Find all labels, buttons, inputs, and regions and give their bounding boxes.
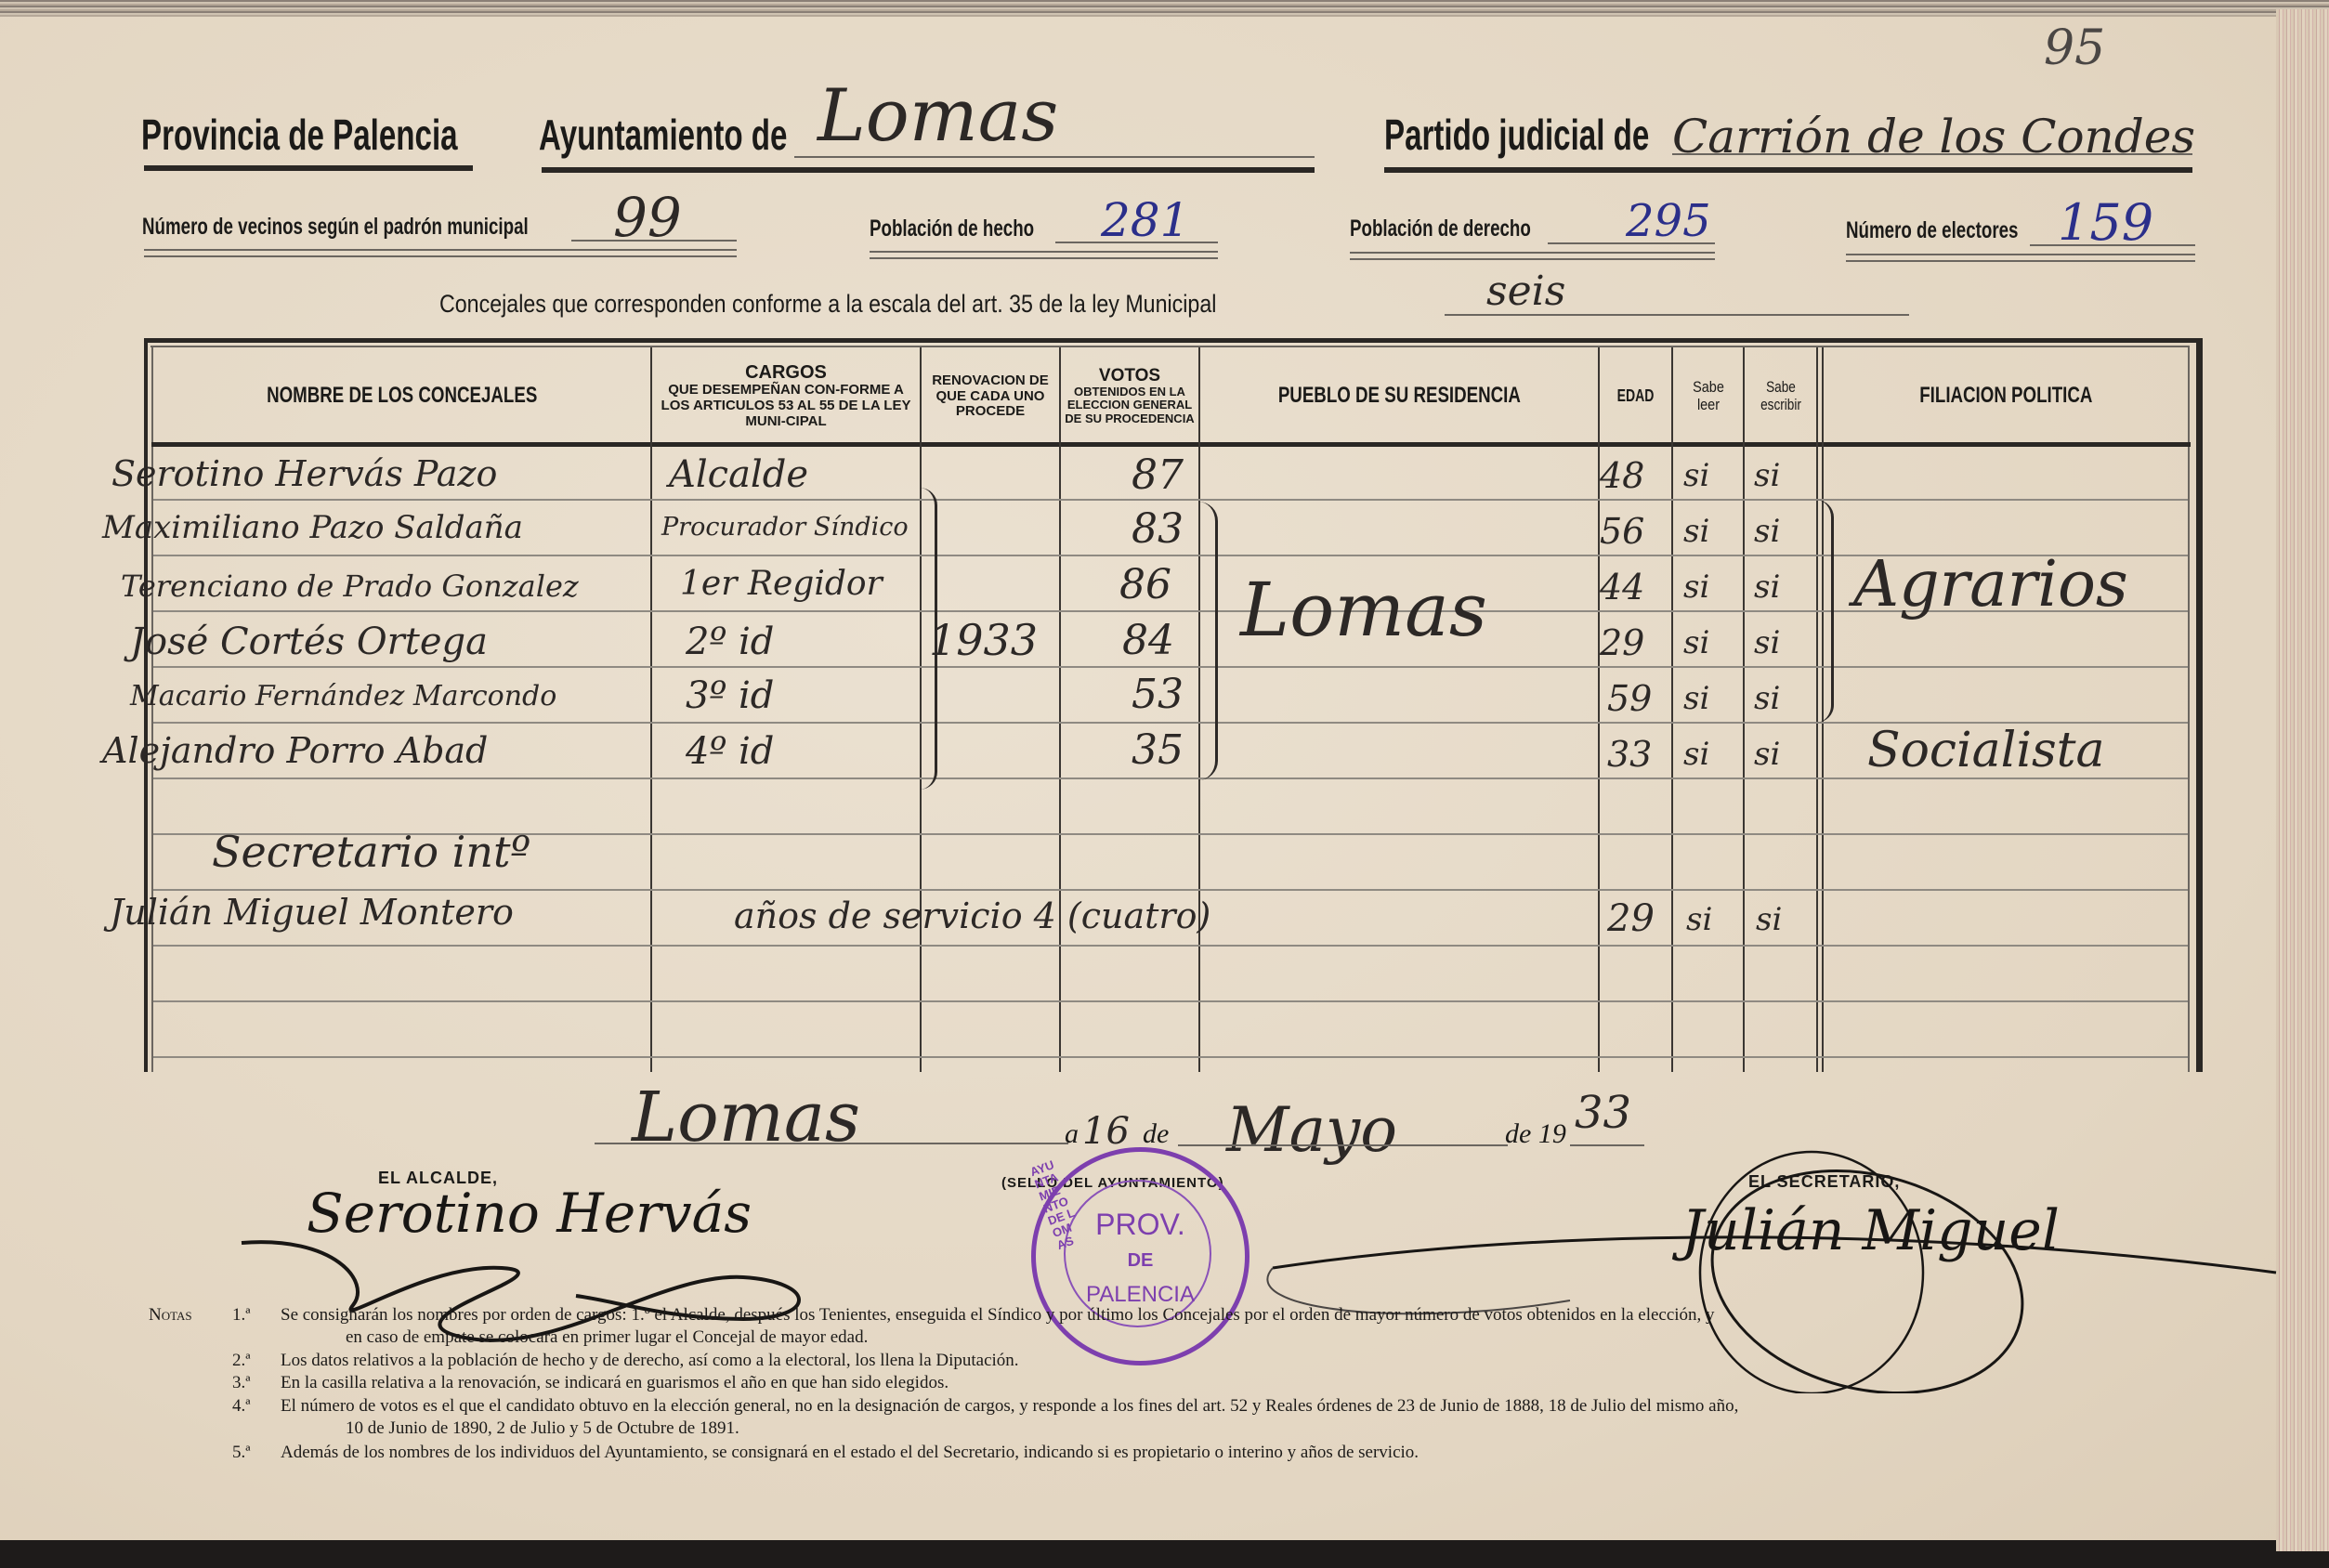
row-6-escribir: si — [1754, 736, 1780, 773]
electores-double-rule-1 — [1846, 254, 2195, 255]
row-6-edad: 33 — [1607, 734, 1652, 775]
row-line — [153, 499, 2188, 501]
row-1-nombre: Serotino Hervás Pazo — [111, 453, 497, 494]
header-renovacion: RENOVACION DE QUE CADA UNO PROCEDE — [922, 353, 1059, 440]
header-edad-text: EDAD — [1617, 386, 1655, 405]
header-pueblo: PUEBLO DE SU RESIDENCIA — [1200, 351, 1598, 440]
date-day: 16 — [1082, 1110, 1130, 1153]
row-line — [153, 666, 2188, 668]
date-year: 33 — [1575, 1087, 1631, 1139]
note-5-text: Además de los nombres de los individuos … — [281, 1442, 1419, 1464]
filiacion-agrarios: Agrarios — [1853, 548, 2128, 621]
secretario-servicio: años de servicio 4 (cuatro) — [734, 895, 1210, 936]
row-4-votos: 84 — [1122, 617, 1174, 664]
header-votos: VOTOS OBTENIDOS EN LA ELECCION GENERAL D… — [1061, 349, 1198, 442]
row-1-cargo: Alcalde — [669, 453, 808, 496]
row-1-escribir: si — [1754, 457, 1780, 494]
filiacion-socialista: Socialista — [1867, 723, 2105, 778]
header-filiacion-text: FILIACION POLITICA — [1919, 384, 2092, 409]
pueblo-value: Lomas — [1240, 567, 1487, 653]
votos-brace — [1198, 502, 1218, 780]
hecho-double-rule-1 — [870, 251, 1218, 253]
note-4-cont: 10 de Junio de 1890, 2 de Julio y 5 de O… — [346, 1418, 739, 1440]
row-3-nombre: Terenciano de Prado Gonzalez — [121, 568, 579, 604]
hecho-double-rule-2 — [870, 257, 1218, 259]
electores-label: Número de electores — [1846, 217, 2018, 244]
footer-place: Lomas — [632, 1078, 860, 1157]
renovacion-value: 1933 — [929, 615, 1038, 665]
note-1-num: 1.ª — [232, 1304, 251, 1326]
row-4-escribir: si — [1754, 624, 1780, 661]
table-top-rule — [144, 338, 2202, 343]
date-a: a — [1065, 1118, 1079, 1150]
note-1-cont: en caso de empate se colocará en primer … — [346, 1326, 868, 1349]
secretario-nombre: Julián Miguel Montero — [110, 892, 514, 933]
ayuntamiento-value: Lomas — [818, 74, 1058, 158]
row-3-votos: 86 — [1119, 561, 1171, 608]
table-top-inner-rule — [150, 346, 2190, 347]
vecinos-double-rule-1 — [144, 249, 737, 251]
col-divider-escribir — [1743, 347, 1745, 1072]
poblacion-hecho-value: 281 — [1101, 193, 1189, 247]
row-4-leer: si — [1683, 624, 1709, 661]
row-2-escribir: si — [1754, 513, 1780, 550]
header-bottom-rule — [151, 442, 2191, 447]
header-pueblo-text: PUEBLO DE SU RESIDENCIA — [1277, 384, 1520, 409]
row-2-votos: 83 — [1132, 505, 1184, 553]
vecinos-value: 99 — [613, 186, 682, 249]
header-filiacion: FILIACION POLITICA — [1824, 351, 2188, 440]
vecinos-double-rule-2 — [144, 255, 737, 257]
header-cargos: CARGOS QUE DESEMPEÑAN CON-FORME A LOS AR… — [652, 349, 920, 442]
concejales-label: Concejales que corresponden conforme a l… — [439, 290, 1216, 319]
poblacion-derecho-label: Población de derecho — [1350, 216, 1531, 242]
provincia-underline — [144, 165, 473, 171]
page-number: 95 — [2044, 20, 2105, 76]
row-5-leer: si — [1683, 680, 1709, 717]
row-1-votos: 87 — [1132, 451, 1184, 499]
row-2-leer: si — [1683, 513, 1709, 550]
row-5-escribir: si — [1754, 680, 1780, 717]
notes-label: Notas — [149, 1304, 192, 1326]
concejales-value: seis — [1486, 268, 1565, 315]
row-6-cargo: 4º id — [686, 730, 774, 773]
secretario-leer: si — [1686, 901, 1712, 938]
row-3-cargo: 1er Regidor — [680, 565, 883, 603]
derecho-double-rule-2 — [1350, 258, 1715, 260]
note-5-num: 5.ª — [232, 1442, 251, 1464]
header-votos-sub: OBTENIDOS EN LA ELECCION GENERAL DE SU P… — [1061, 385, 1198, 426]
partido-underline — [1384, 167, 2192, 173]
row-2-nombre: Maximiliano Pazo Saldaña — [102, 509, 523, 546]
electores-double-rule-2 — [1846, 260, 2195, 262]
col-divider-votos — [1059, 347, 1061, 1072]
derecho-double-rule-1 — [1350, 252, 1715, 254]
header-escribir: Sabe escribir — [1745, 351, 1816, 440]
date-de: de — [1143, 1118, 1169, 1150]
partido-judicial-label: Partido judicial de — [1384, 110, 1649, 160]
row-line — [153, 1056, 2188, 1058]
row-5-edad: 59 — [1607, 678, 1652, 719]
header-escribir-text: Sabe escribir — [1759, 378, 1803, 413]
row-2-edad: 56 — [1600, 511, 1644, 552]
electores-value: 159 — [2058, 193, 2153, 252]
poblacion-derecho-value: 295 — [1626, 195, 1711, 247]
row-5-nombre: Macario Fernández Marcondo — [130, 680, 556, 712]
header-leer-text: Sabe leer — [1693, 378, 1724, 413]
secretario-edad: 29 — [1607, 897, 1655, 940]
provincia-label: Provincia de Palencia — [141, 110, 458, 160]
row-6-leer: si — [1683, 736, 1709, 773]
row-3-edad: 44 — [1600, 567, 1644, 608]
header-nombre-text: NOMBRE DE LOS CONCEJALES — [267, 384, 537, 409]
secretario-escribir: si — [1756, 901, 1782, 938]
note-4-num: 4.ª — [232, 1395, 251, 1418]
note-3-num: 3.ª — [232, 1372, 251, 1394]
vecinos-label: Número de vecinos según el padrón munici… — [142, 214, 529, 241]
row-1-leer: si — [1683, 457, 1709, 494]
row-6-votos: 35 — [1132, 726, 1184, 774]
row-6-nombre: Alejandro Porro Abad — [102, 730, 488, 771]
row-4-edad: 29 — [1600, 622, 1644, 663]
place-field-line — [595, 1143, 1068, 1144]
header-cargos-title: CARGOS — [745, 362, 827, 383]
row-line — [153, 889, 2188, 891]
row-4-nombre: José Cortés Ortega — [130, 621, 488, 663]
table-right-border — [2196, 338, 2203, 1072]
header-leer: Sabe leer — [1673, 351, 1743, 440]
filiacion-brace — [1816, 500, 1834, 723]
row-2-cargo: Procurador Síndico — [661, 513, 909, 542]
note-2-num: 2.ª — [232, 1350, 251, 1372]
col-divider-cargos — [650, 347, 652, 1072]
row-5-votos: 53 — [1132, 671, 1184, 718]
note-2-text: Los datos relativos a la población de he… — [281, 1350, 1019, 1372]
table-right-inner-border — [2188, 346, 2190, 1072]
note-4-text: El número de votos es el que el candidat… — [281, 1395, 1738, 1418]
ayuntamiento-underline — [542, 167, 1315, 173]
row-1-edad: 48 — [1600, 455, 1644, 496]
header-edad: EDAD — [1600, 351, 1671, 440]
secretario-flourish-icon — [1180, 1133, 2295, 1393]
row-3-escribir: si — [1754, 568, 1780, 606]
partido-judicial-value: Carrión de los Condes — [1672, 110, 2195, 163]
row-3-leer: si — [1683, 568, 1709, 606]
poblacion-hecho-label: Población de hecho — [870, 216, 1034, 242]
row-line — [153, 1000, 2188, 1002]
row-line — [153, 945, 2188, 947]
secretario-title: Secretario intº — [212, 827, 530, 877]
header-nombre: NOMBRE DE LOS CONCEJALES — [153, 351, 650, 440]
row-5-cargo: 3º id — [686, 674, 774, 717]
header-votos-title: VOTOS — [1099, 366, 1160, 385]
ayuntamiento-label: Ayuntamiento de — [539, 110, 787, 160]
header-cargos-sub: QUE DESEMPEÑAN CON-FORME A LOS ARTICULOS… — [652, 383, 920, 429]
note-3-text: En la casilla relativa a la renovación, … — [281, 1372, 949, 1394]
note-1-text: Se consignarán los nombres por orden de … — [281, 1304, 1715, 1326]
col-divider-leer — [1671, 347, 1673, 1072]
row-4-cargo: 2º id — [686, 621, 774, 663]
